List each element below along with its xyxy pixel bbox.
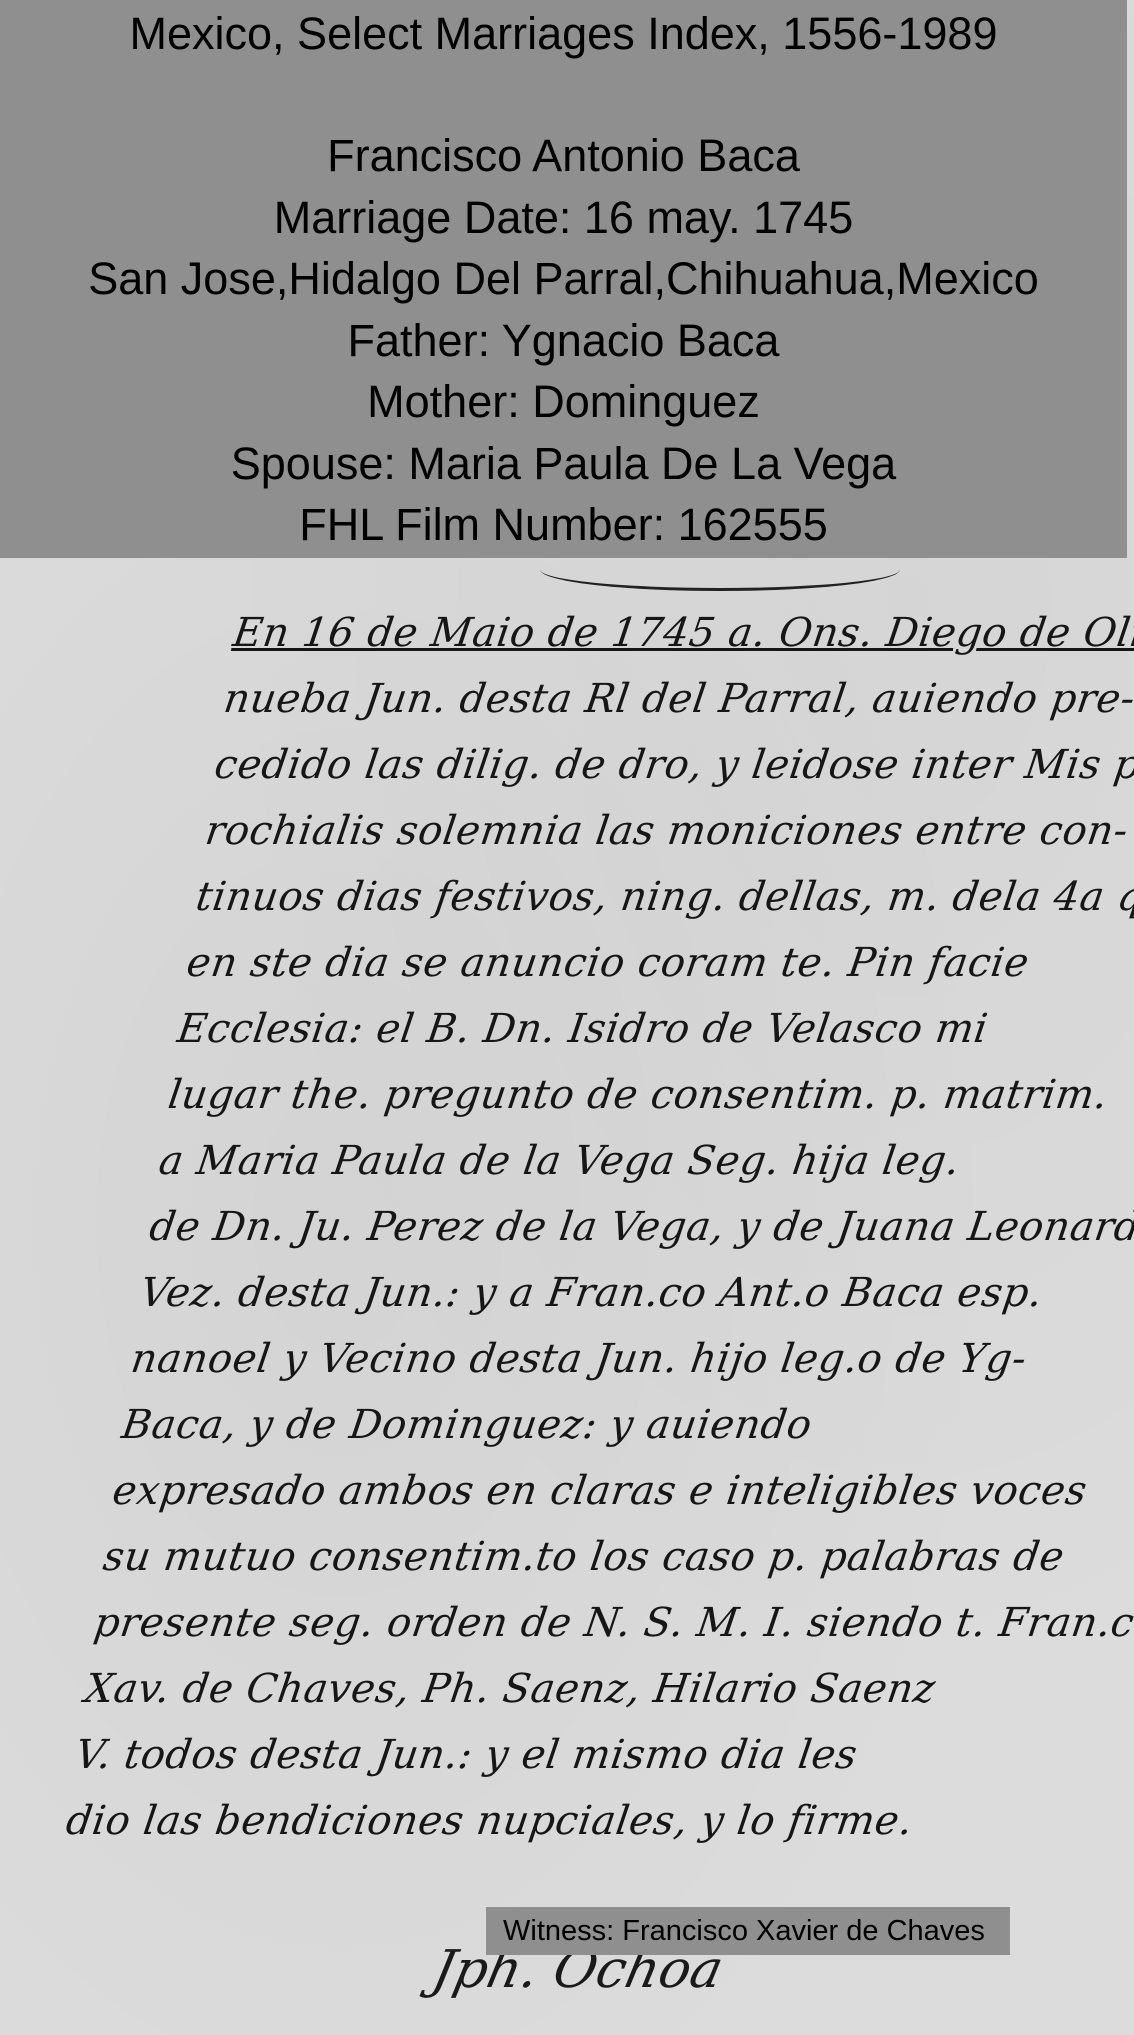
handwriting-line: En 16 de Maio de 1745 a. Ons. Diego de O… (229, 600, 1134, 666)
record-details: Francisco Antonio Baca Marriage Date: 16… (0, 125, 1127, 556)
handwriting-line: Baca, y de Dominguez: y auiendo (118, 1392, 1027, 1458)
handwriting-line: tinuos dias festivos, ning. dellas, m. d… (192, 864, 1101, 930)
handwriting-line: presente seg. orden de N. S. M. I. siend… (90, 1590, 999, 1656)
handwriting-line: cedido las dilig. de dro, y leidose inte… (210, 732, 1119, 798)
handwriting-line: a Maria Paula de la Vega Seg. hija leg. (155, 1128, 1064, 1194)
spouse-name: Spouse: Maria Paula De La Vega (0, 433, 1127, 495)
handwriting-line: nueba Jun. desta Rl del Parral, auiendo … (220, 666, 1129, 732)
handwritten-record-text: En 16 de Maio de 1745 a. Ons. Diego de O… (62, 600, 1134, 1854)
film-number: FHL Film Number: 162555 (0, 494, 1127, 556)
handwriting-line: Ecclesia: el B. Dn. Isidro de Velasco mi (173, 996, 1082, 1062)
person-name: Francisco Antonio Baca (0, 125, 1127, 187)
mother-name: Mother: Dominguez (0, 371, 1127, 433)
handwriting-line: V. todos desta Jun.: y el mismo dia les (71, 1722, 980, 1788)
handwriting-line: expresado ambos en claras e inteligibles… (108, 1458, 1017, 1524)
marriage-place: San Jose,Hidalgo Del Parral,Chihuahua,Me… (0, 248, 1127, 310)
collection-title: Mexico, Select Marriages Index, 1556-198… (0, 6, 1127, 62)
record-summary-panel: Mexico, Select Marriages Index, 1556-198… (0, 0, 1127, 558)
handwriting-line: Vez. desta Jun.: y a Fran.co Ant.o Baca … (136, 1260, 1045, 1326)
handwriting-line: lugar the. pregunto de consentim. p. mat… (164, 1062, 1073, 1128)
handwriting-line: Xav. de Chaves, Ph. Saenz, Hilario Saenz (80, 1656, 989, 1722)
witness-label: Witness: Francisco Xavier de Chaves (486, 1907, 1010, 1955)
handwriting-line: en ste dia se anuncio coram te. Pin faci… (182, 930, 1091, 996)
handwriting-line: su mutuo consentim.to los caso p. palabr… (99, 1524, 1008, 1590)
handwriting-line: nanoel y Vecino desta Jun. hijo leg.o de… (127, 1326, 1036, 1392)
marriage-date: Marriage Date: 16 may. 1745 (0, 187, 1127, 249)
handwriting-line: rochialis solemnia las moniciones entre … (201, 798, 1110, 864)
father-name: Father: Ygnacio Baca (0, 310, 1127, 372)
handwriting-line: de Dn. Ju. Perez de la Vega, y de Juana … (145, 1194, 1054, 1260)
handwriting-line: dio las bendiciones nupciales, y lo firm… (62, 1788, 971, 1854)
